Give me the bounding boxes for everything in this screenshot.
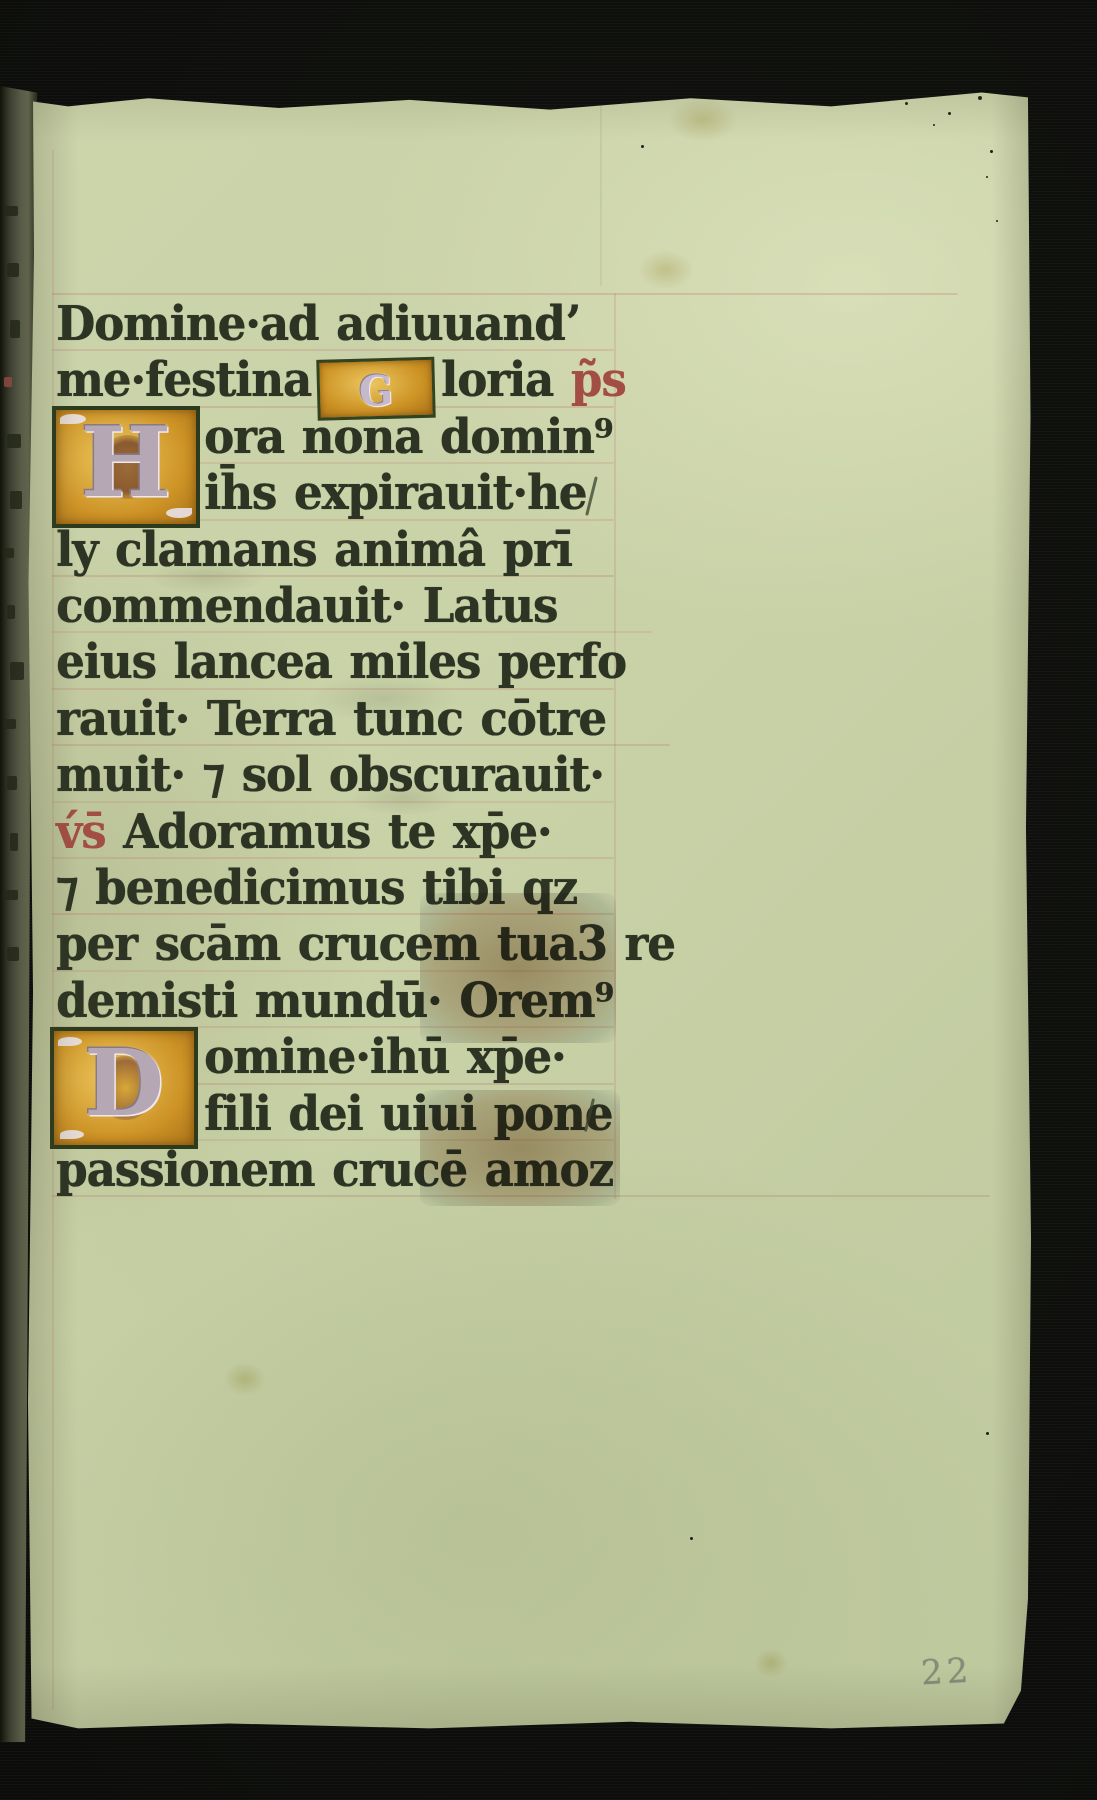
body-text: me·festina — [56, 352, 311, 408]
illuminated-initial-d: D — [50, 1027, 198, 1149]
text-line-14: omine·ihū xp̄e· — [204, 1029, 566, 1088]
ink-speck — [986, 1432, 989, 1435]
text-line-15: fili dei uiui pone — [204, 1086, 612, 1145]
prev-page-text-fragment — [7, 434, 21, 448]
text-line-3: ora nona domin⁹ — [204, 409, 612, 468]
body-text: omine·ihū xp̄e· — [204, 1029, 566, 1085]
body-text: demisti mundū· Orem⁹ — [56, 973, 613, 1029]
rubric-text: p̃s — [553, 352, 625, 408]
ink-speck — [905, 102, 908, 105]
ruling-line-vertical — [52, 150, 54, 1710]
prev-page-text-fragment — [7, 605, 15, 619]
text-line-10: v́s̄ Adoramus te xp̄e· — [56, 804, 551, 863]
text-line-11: ⁊ benedicimus tibi qz — [56, 860, 577, 919]
text-line-2: me·festinaGloria p̃s — [56, 352, 626, 411]
ruling-line-horizontal — [52, 293, 958, 295]
ink-speck — [690, 1537, 693, 1540]
ruling-line-vertical — [614, 293, 616, 1199]
text-line-16: passionem crucē amoz — [56, 1142, 613, 1201]
body-text: rauit· Terra tunc cōtre — [56, 691, 606, 747]
prev-page-text-fragment — [10, 491, 22, 509]
line-end-slash — [585, 476, 597, 515]
prev-page-text-fragment — [10, 662, 24, 680]
text-line-12: per scām crucem tua3 re — [56, 916, 675, 975]
prev-page-text-fragment — [4, 890, 18, 900]
ink-speck — [986, 176, 988, 178]
text-line-6: commendauit· Latus — [56, 578, 557, 637]
prev-page-text-fragment — [7, 947, 19, 961]
prev-page-red-fragment — [4, 377, 12, 387]
prev-page-text-fragment — [4, 548, 14, 558]
text-line-5: ly clamans animâ prī — [56, 522, 572, 581]
prev-page-text-fragment — [4, 206, 18, 216]
ink-speck — [978, 96, 982, 100]
body-text: fili dei uiui pone — [204, 1086, 612, 1142]
ink-speck — [996, 220, 998, 222]
prev-page-text-fragment — [7, 263, 19, 277]
text-line-13: demisti mundū· Orem⁹ — [56, 973, 613, 1032]
body-text: commendauit· Latus — [56, 578, 557, 634]
body-text: loria — [441, 352, 553, 408]
text-line-8: rauit· Terra tunc cōtre — [56, 691, 606, 750]
body-text: ih̄s expirauit·he — [204, 465, 586, 521]
initial-h-letter: H — [56, 410, 196, 524]
photograph-black-backdrop: { "document": { "type": "illuminated-man… — [0, 0, 1097, 1800]
body-text: passionem crucē amoz — [56, 1142, 613, 1198]
initial-d-letter: D — [54, 1031, 194, 1145]
body-text: eius lancea miles perfo — [56, 634, 626, 690]
text-line-9: muit· ⁊ sol obscurauit· — [56, 747, 604, 806]
prev-page-text-fragment — [10, 833, 18, 851]
body-text: Domine·ad adiuuandʼ — [56, 296, 579, 352]
prev-page-text-fragment — [4, 719, 16, 729]
body-text: ⁊ benedicimus tibi qz — [56, 860, 577, 916]
prev-page-text-fragment — [7, 776, 17, 790]
body-text: ly clamans animâ prī — [56, 522, 572, 578]
body-text: Adoramus te xp̄e· — [123, 804, 551, 860]
rubric-text: v́s̄ — [56, 804, 123, 860]
ink-speck — [948, 112, 951, 115]
illuminated-initial-h: H — [52, 406, 200, 528]
ink-speck — [933, 124, 935, 126]
text-line-4: ih̄s expirauit·he — [204, 465, 586, 524]
body-text: ora nona domin⁹ — [204, 409, 612, 465]
ink-speck — [990, 150, 993, 153]
prev-page-text-fragment — [10, 320, 20, 338]
text-line-1: Domine·ad adiuuandʼ — [56, 296, 579, 355]
folio-number: 22 — [920, 1651, 973, 1694]
text-line-7: eius lancea miles perfo — [56, 634, 626, 693]
body-text: per scām crucem tua3 re — [56, 916, 675, 972]
ink-speck — [641, 145, 644, 148]
body-text: muit· ⁊ sol obscurauit· — [56, 747, 604, 803]
manuscript-page: H D Domine·ad adiuuandʼme·festinaGloria … — [28, 90, 1032, 1730]
